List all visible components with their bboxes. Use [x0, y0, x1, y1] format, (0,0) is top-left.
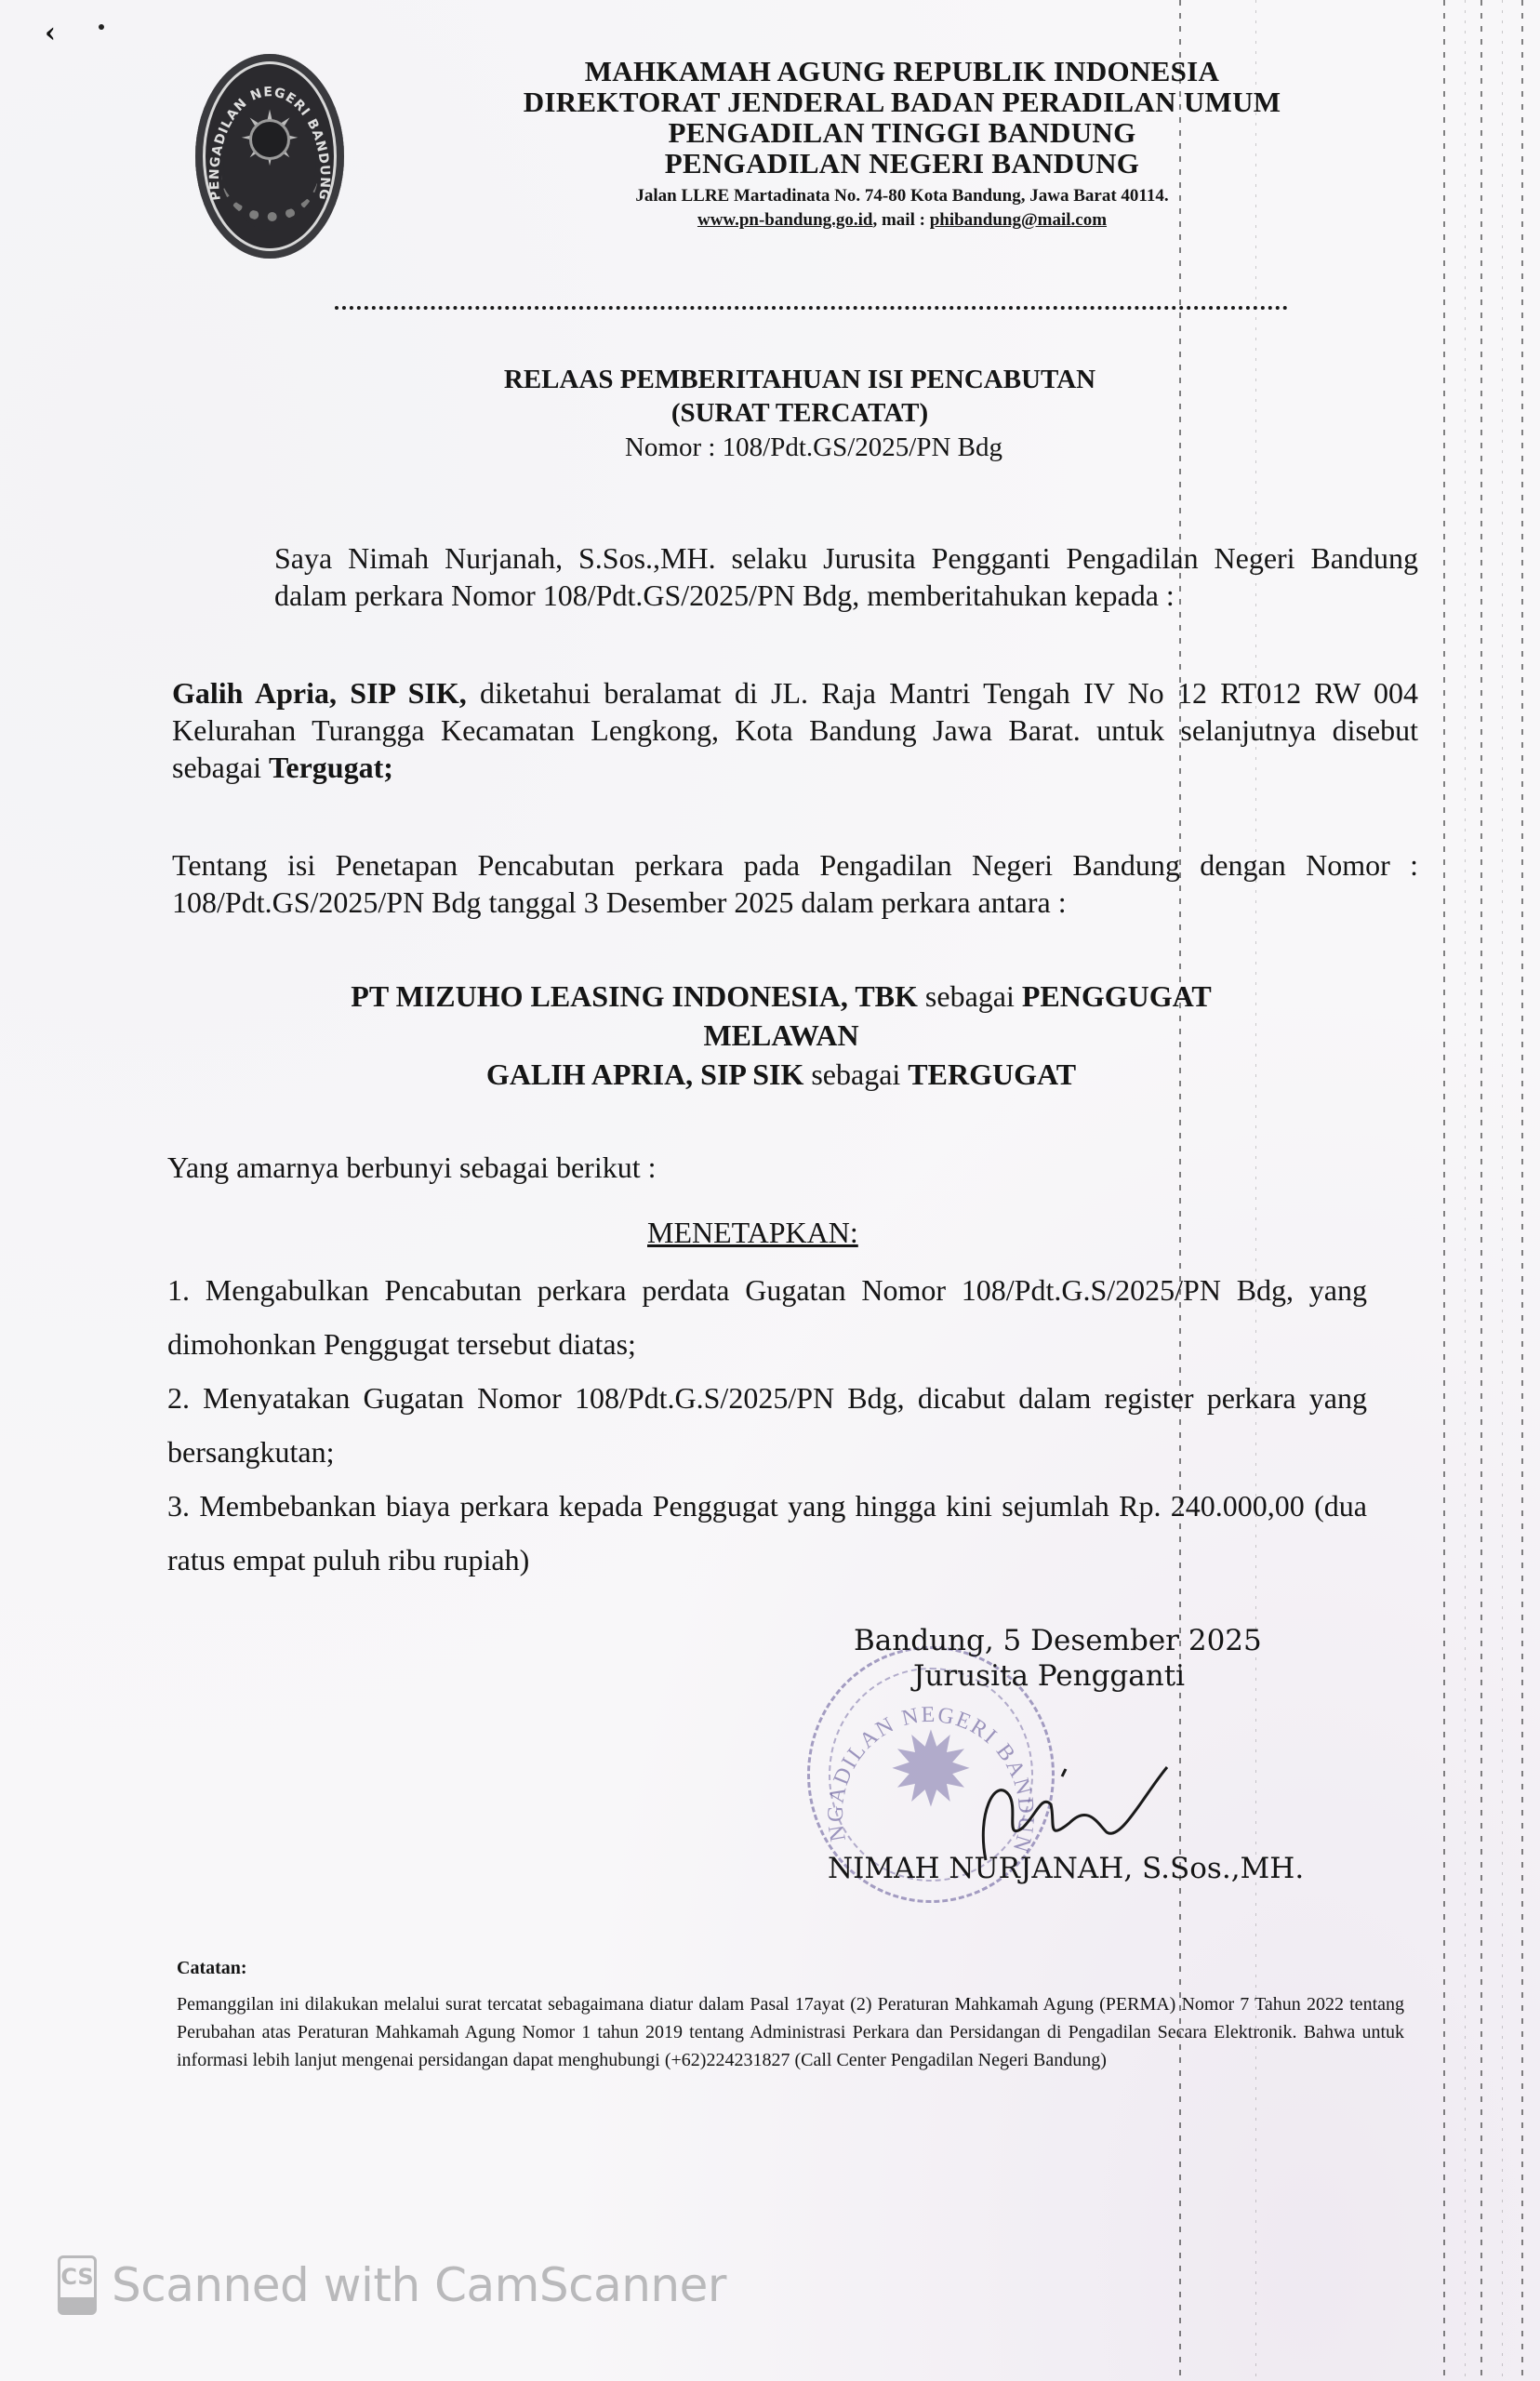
letterhead-line: MAHKAMAH AGUNG REPUBLIK INDONESIA [409, 56, 1395, 86]
defendant-line: GALIH APRIA, SIP SIK sebagai TERGUGAT [214, 1055, 1348, 1094]
letterhead-divider [335, 306, 1288, 310]
scan-artifact-line [1502, 0, 1503, 2381]
court-contact: www.pn-bandung.go.id, mail : phibandung@… [409, 210, 1395, 231]
corner-mark: ‹ [45, 17, 56, 49]
website-link[interactable]: www.pn-bandung.go.id [697, 210, 873, 230]
defendant-name-upper: GALIH APRIA, SIP SIK [486, 1057, 803, 1091]
ruling-item: 3. Membebankan biaya perkara kepada Peng… [167, 1479, 1367, 1587]
tentang-paragraph: Tentang isi Penetapan Pencabutan perkara… [172, 846, 1418, 921]
ruling-item: 1. Mengabulkan Pencabutan perkara perdat… [167, 1263, 1367, 1371]
defendant-role: Tergugat; [269, 751, 393, 784]
court-address: Jalan LLRE Martadinata No. 74-80 Kota Ba… [409, 186, 1395, 206]
email-link[interactable]: phibandung@mail.com [930, 210, 1107, 230]
camscanner-watermark: CS Scanned with CamScanner [58, 2255, 726, 2315]
watermark-text: Scanned with CamScanner [112, 2258, 726, 2312]
intro-paragraph: Saya Nimah Nurjanah, S.Sos.,MH. selaku J… [172, 539, 1418, 614]
defendant-name: Galih Apria, SIP SIK, [172, 676, 467, 710]
camscanner-logo-icon: CS [58, 2255, 97, 2315]
signature-role: Jurusita Pengganti [913, 1658, 1262, 1694]
signature-place-date: Bandung, 5 Desember 2025 [854, 1623, 1262, 1658]
title-line: RELAAS PEMBERITAHUAN ISI PENCABUTAN [316, 363, 1283, 396]
as-word: sebagai [918, 979, 1022, 1013]
corner-dot [99, 24, 104, 30]
versus-label: MELAWAN [214, 1016, 1348, 1055]
scan-artifact-line [1521, 0, 1523, 2381]
notes-title: Catatan: [177, 1958, 1404, 1979]
handwritten-signature [958, 1739, 1181, 1869]
mail-label: , mail : [872, 210, 929, 230]
defendant-role-upper: TERGUGAT [908, 1057, 1076, 1091]
plaintiff-role: PENGGUGAT [1022, 979, 1212, 1013]
amar-intro: Yang amarnya berbunyi sebagai berikut : [167, 1151, 657, 1185]
rulings-list: 1. Mengabulkan Pencabutan perkara perdat… [167, 1263, 1367, 1587]
court-logo: ✷ PENGADILAN NEGERI BANDUNG [195, 54, 344, 259]
notes-body: Pemanggilan ini dilakukan melalui surat … [177, 1990, 1404, 2074]
letterhead-line: PENGADILAN NEGERI BANDUNG [409, 148, 1395, 179]
letterhead-line: DIREKTORAT JENDERAL BADAN PERADILAN UMUM [409, 86, 1395, 117]
plaintiff-line: PT MIZUHO LEASING INDONESIA, TBK sebagai… [214, 977, 1348, 1016]
scan-artifact-line [1465, 0, 1466, 2381]
document-title: RELAAS PEMBERITAHUAN ISI PENCABUTAN (SUR… [353, 363, 1283, 465]
parties-block: PT MIZUHO LEASING INDONESIA, TBK sebagai… [214, 977, 1348, 1094]
menetapkan-heading: MENETAPKAN: [647, 1216, 858, 1250]
signature-block: Bandung, 5 Desember 2025 Jurusita Pengga… [828, 1623, 1262, 1694]
plaintiff-name: PT MIZUHO LEASING INDONESIA, TBK [351, 979, 918, 1013]
as-word: sebagai [803, 1057, 908, 1091]
intro-text: Saya Nimah Nurjanah, S.Sos.,MH. selaku J… [172, 539, 1418, 614]
notes-section: Catatan: Pemanggilan ini dilakukan melal… [177, 1958, 1404, 2074]
signatory-name: NIMAH NURJANAH, S.Sos.,MH. [828, 1851, 1304, 1886]
svg-text:PENGADILAN NEGERI BANDUNG: PENGADILAN NEGERI BANDUNG [207, 85, 332, 201]
letterhead: MAHKAMAH AGUNG REPUBLIK INDONESIA DIREKT… [409, 56, 1395, 231]
title-subtitle: (SURAT TERCATAT) [316, 396, 1283, 430]
scan-artifact-line [1480, 0, 1482, 2381]
letterhead-line: PENGADILAN TINGGI BANDUNG [409, 117, 1395, 148]
logo-ring-text: PENGADILAN NEGERI BANDUNG [195, 54, 344, 259]
document-number: Nomor : 108/Pdt.GS/2025/PN Bdg [344, 430, 1283, 465]
scan-artifact-line [1443, 0, 1445, 2381]
ruling-item: 2. Menyatakan Gugatan Nomor 108/Pdt.G.S/… [167, 1371, 1367, 1479]
defendant-paragraph: Galih Apria, SIP SIK, diketahui beralama… [172, 674, 1418, 786]
